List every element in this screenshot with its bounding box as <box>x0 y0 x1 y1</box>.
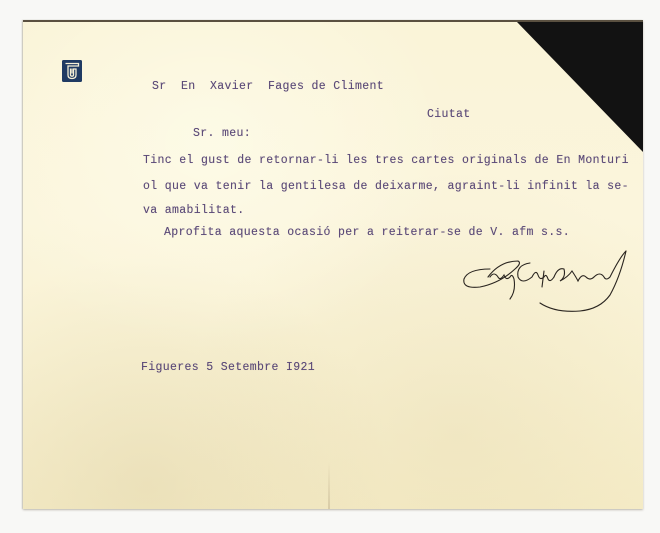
body-line-2: ol que va tenir la gentilesa de deixarme… <box>143 180 629 194</box>
black-corner-band <box>517 22 643 152</box>
body-line-3: va amabilitat. <box>143 204 245 218</box>
addressee-line: Sr En Xavier Fages de Climent <box>152 80 384 94</box>
monogram-logo-icon <box>62 60 82 82</box>
place-date: Figueres 5 Setembre I921 <box>141 361 315 375</box>
paper-fold-mark <box>328 462 330 509</box>
image-stage: Sr En Xavier Fages de Climent Ciutat Sr.… <box>0 0 660 533</box>
handwritten-signature-icon <box>460 247 630 317</box>
salutation: Sr. meu: <box>193 127 251 141</box>
addressee-city: Ciutat <box>427 108 471 122</box>
body-line-1: Tinc el gust de retornar-li les tres car… <box>143 154 629 168</box>
letter-paper: Sr En Xavier Fages de Climent Ciutat Sr.… <box>23 20 643 509</box>
closing-line: Aprofita aquesta ocasió per a reiterar-s… <box>164 226 570 240</box>
